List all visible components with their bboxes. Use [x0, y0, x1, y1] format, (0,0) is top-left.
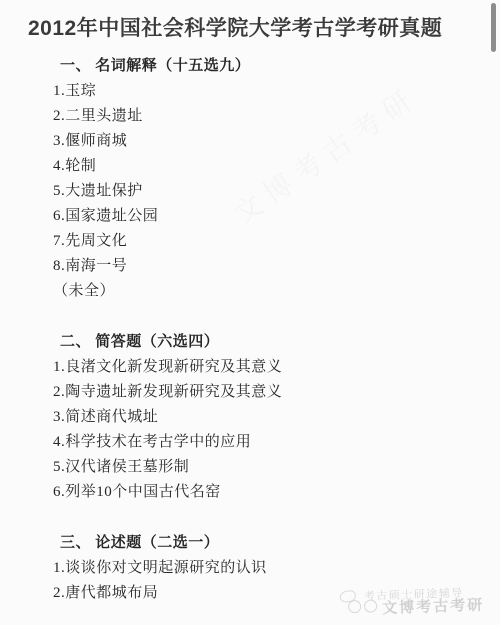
section-1-item: 5.大遗址保护	[0, 179, 500, 204]
section-1-item: 2.二里头遗址	[0, 104, 500, 129]
section-1-item: 6.国家遗址公园	[0, 204, 500, 229]
section-2-item: 6.列举10个中国古代名窑	[0, 480, 500, 505]
section-2-item: 2.陶寺遗址新发现新研究及其意义	[0, 380, 500, 405]
section-2-heading: 二、 简答题（六选四）	[0, 330, 500, 355]
section-1-item: 3.偃师商城	[0, 129, 500, 154]
section-1-item: 8.南海一号	[0, 254, 500, 279]
section-1-item: 1.玉琮	[0, 79, 500, 104]
page-title: 2012年中国社会科学院大学考古学考研真题	[28, 12, 442, 42]
section-1-item: 4.轮制	[0, 154, 500, 179]
exam-body: 一、 名词解释（十五选九）1.玉琮2.二里头遗址3.偃师商城4.轮制5.大遗址保…	[0, 54, 500, 606]
exam-document-page: 2012年中国社会科学院大学考古学考研真题 文博考古考研 一、 名词解释（十五选…	[0, 0, 500, 625]
section-3-heading: 三、 论述题（二选一）	[0, 531, 500, 556]
section-3-item: 2.唐代都城布局	[0, 581, 500, 606]
section-3-item: 1.谈谈你对文明起源研究的认识	[0, 556, 500, 581]
section-2-item: 5.汉代诸侯王墓形制	[0, 455, 500, 480]
scrollbar-thumb[interactable]	[491, 3, 496, 52]
section-1-item: （未全）	[0, 279, 500, 304]
section-2-item: 3.简述商代城址	[0, 405, 500, 430]
section-1-heading: 一、 名词解释（十五选九）	[0, 54, 500, 79]
section-2-item: 1.良渚文化新发现新研究及其意义	[0, 355, 500, 380]
section-2-item: 4.科学技术在考古学中的应用	[0, 430, 500, 455]
section-1-item: 7.先周文化	[0, 229, 500, 254]
